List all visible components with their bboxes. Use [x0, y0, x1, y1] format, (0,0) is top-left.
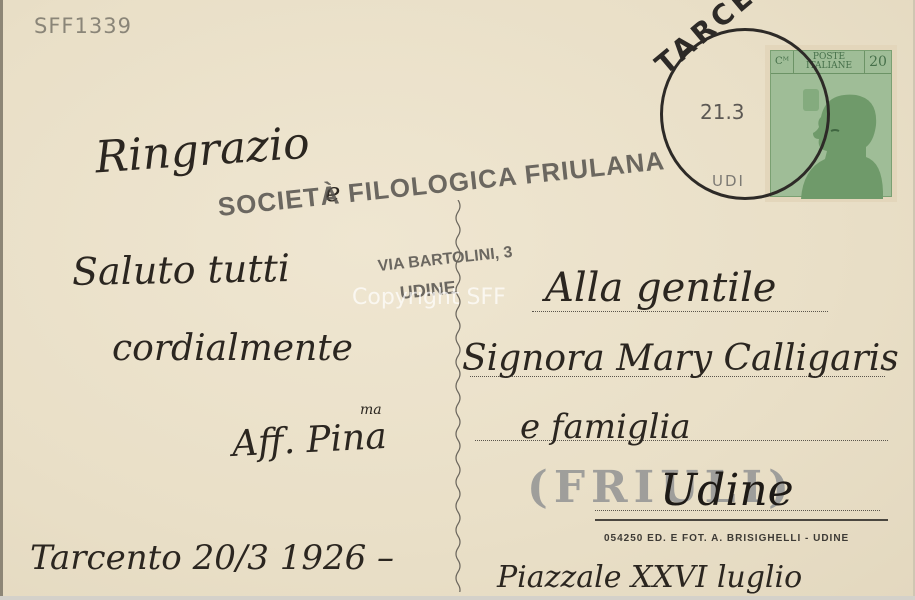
address-line-1-text: Alla gentile — [545, 265, 776, 311]
place-date: Tarcento 20/3 1926 – — [30, 538, 394, 578]
postcard-back: SFF1339 Ringrazio e Saluto tutti cordial… — [0, 0, 915, 600]
address-street-text: Piazzale XXVI luglio — [497, 560, 802, 595]
message-line-3: cordialmente — [112, 328, 353, 369]
archive-id: SFF1339 — [34, 14, 132, 38]
address-city-text: Udine — [660, 465, 794, 516]
postmark-date: 21.3 — [700, 100, 745, 124]
publisher-line: 054250 ED. E FOT. A. BRISIGHELLI - UDINE — [604, 533, 849, 544]
stamp-value: 20 — [864, 51, 891, 73]
copyright-watermark: Copyright SFF — [352, 285, 506, 310]
address-line-3-text: e famiglia — [520, 407, 691, 447]
address-line-2-text: Signora Mary Calligaris — [462, 338, 899, 379]
signature: Aff. Pina — [231, 416, 388, 465]
wavy-divider — [452, 200, 464, 592]
signature-superscript: ma — [360, 402, 382, 418]
postmark-province: UDI — [712, 172, 745, 190]
message-line-1: Ringrazio — [93, 118, 311, 184]
address-underline — [595, 519, 888, 521]
scan-edge-bottom — [0, 596, 915, 600]
message-line-2: Saluto tutti — [72, 246, 291, 294]
rubber-stamp-street: VIA BARTOLINI, 3 — [377, 244, 513, 276]
scan-edge-left — [0, 0, 3, 600]
address-line-1 — [532, 311, 828, 312]
